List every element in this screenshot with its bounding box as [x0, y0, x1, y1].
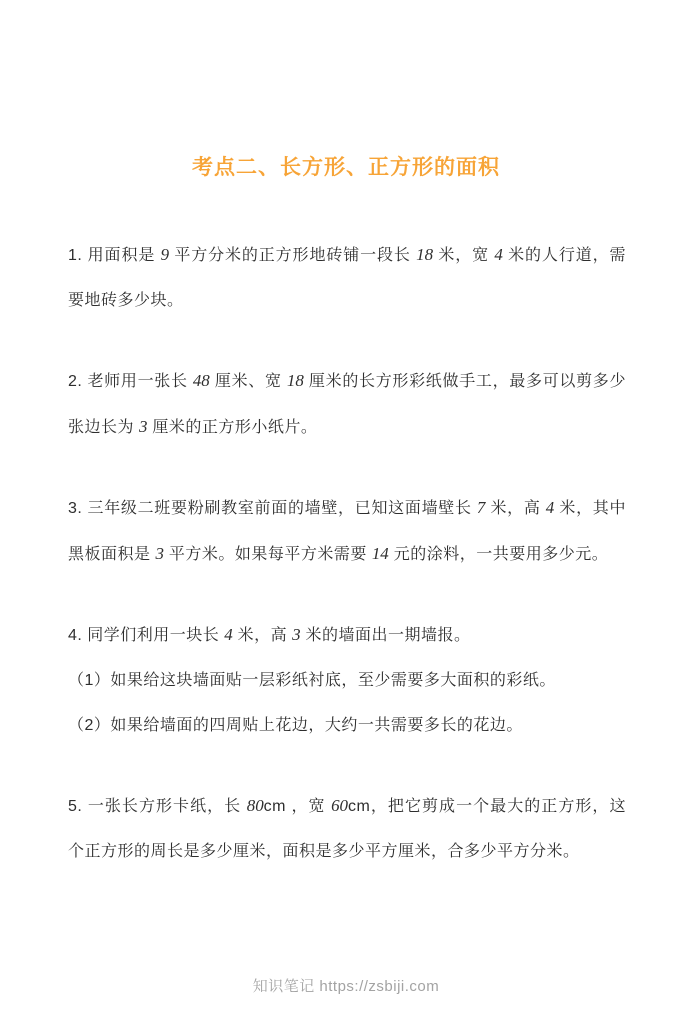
- problem-item-1: 1. 用面积是 9 平方分米的正方形地砖铺一段长 18 米，宽 4 米的人行道，…: [68, 232, 626, 323]
- problem-item-5: 5. 一张长方形卡纸，长 80cm ，宽 60cm，把它剪成一个最大的正方形，这…: [68, 783, 626, 874]
- problem-subitem-1: （1）如果给这块墙面贴一层彩纸衬底，至少需要多大面积的彩纸。: [68, 658, 626, 703]
- problem-item-2: 2. 老师用一张长 48 厘米、宽 18 厘米的长方形彩纸做手工，最多可以剪多少…: [68, 358, 626, 450]
- footer-watermark: 知识笔记 https://zsbiji.com: [0, 975, 692, 996]
- worksheet-content: 1. 用面积是 9 平方分米的正方形地砖铺一段长 18 米，宽 4 米的人行道，…: [0, 232, 692, 874]
- page-title: 考点二、长方形、正方形的面积: [0, 152, 692, 183]
- problem-text: 2. 老师用一张长 48 厘米、宽 18 厘米的长方形彩纸做手工，最多可以剪多少…: [68, 358, 626, 450]
- problem-item-4: 4. 同学们利用一块长 4 米，高 3 米的墙面出一期墙报。 （1）如果给这块墙…: [68, 612, 626, 748]
- problem-text: 3. 三年级二班要粉刷教室前面的墙壁，已知这面墙壁长 7 米，高 4 米，其中黑…: [68, 485, 626, 577]
- problem-subitem-2: （2）如果给墙面的四周贴上花边，大约一共需要多长的花边。: [68, 703, 626, 748]
- problem-item-3: 3. 三年级二班要粉刷教室前面的墙壁，已知这面墙壁长 7 米，高 4 米，其中黑…: [68, 485, 626, 577]
- problem-text: 1. 用面积是 9 平方分米的正方形地砖铺一段长 18 米，宽 4 米的人行道，…: [68, 232, 626, 323]
- worksheet-page: 考点二、长方形、正方形的面积 1. 用面积是 9 平方分米的正方形地砖铺一段长 …: [0, 0, 692, 1024]
- problem-text: 4. 同学们利用一块长 4 米，高 3 米的墙面出一期墙报。: [68, 612, 626, 658]
- problem-text: 5. 一张长方形卡纸，长 80cm ，宽 60cm，把它剪成一个最大的正方形，这…: [68, 783, 626, 874]
